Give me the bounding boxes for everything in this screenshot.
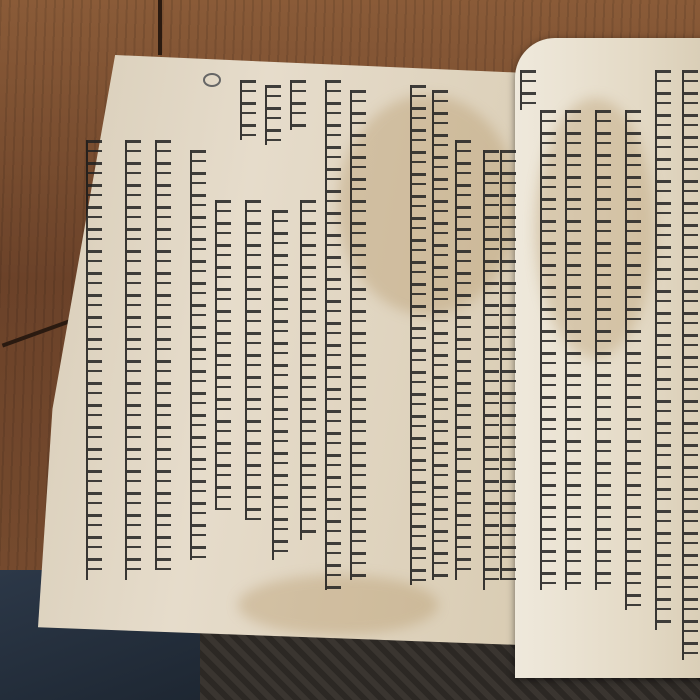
script-column [125,140,141,580]
script-column [500,150,516,580]
script-column [245,200,261,520]
binding-hole [203,73,221,87]
script-column [483,150,499,590]
script-column [455,140,471,580]
script-column [190,150,206,560]
script-column [432,90,448,580]
script-column [540,110,556,590]
script-column [265,85,281,145]
script-column [595,110,611,590]
script-column [215,200,231,510]
script-column [682,70,698,660]
script-column [565,110,581,590]
plank-gap [158,0,162,55]
script-column [325,80,341,590]
script-column [240,80,256,140]
script-column [625,110,641,610]
script-column [300,200,316,540]
script-column [350,90,366,580]
script-column [155,140,171,570]
script-column [290,80,306,130]
script-column [272,210,288,560]
script-column [410,85,426,585]
script-column [655,70,671,630]
script-column [520,70,536,110]
script-column [86,140,102,580]
